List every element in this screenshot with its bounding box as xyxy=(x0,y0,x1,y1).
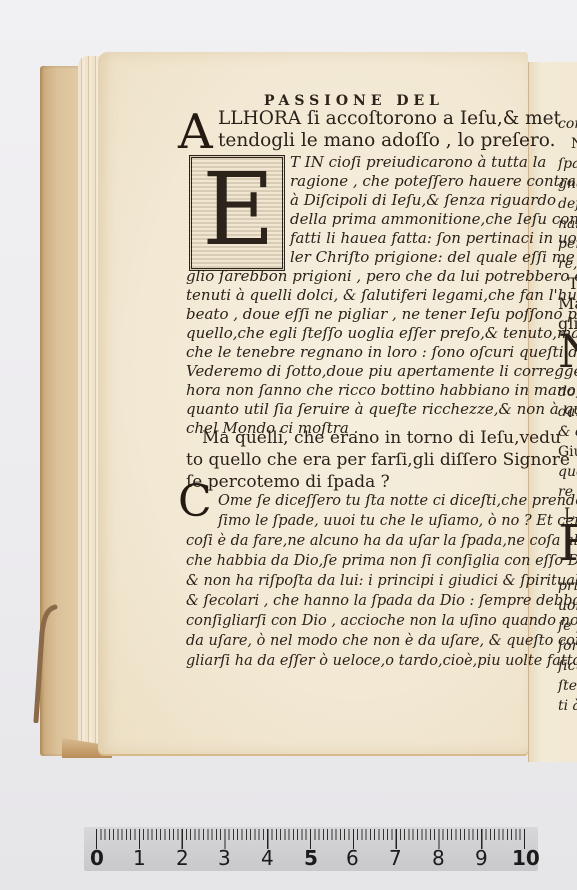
text-line: T IN cioſi preiudicarono à tutta la xyxy=(290,153,546,171)
fragment: T xyxy=(568,274,577,293)
fragment: percl xyxy=(558,236,577,252)
text-line: Vederemo di ſotto,doue piu apertamente l… xyxy=(186,362,577,380)
ruler-label: 2 xyxy=(176,846,189,870)
running-head: PASSIONE DEL xyxy=(264,93,444,109)
fragment: N xyxy=(571,136,577,152)
text-line: coſi è da fare,ne alcuno ha da uſar la ſ… xyxy=(186,533,577,549)
ruler-label: 6 xyxy=(346,846,359,870)
fragment: N xyxy=(558,324,577,378)
ruler-label: 4 xyxy=(261,846,274,870)
fragment: do, xyxy=(558,384,577,400)
fragment: ſte p xyxy=(558,678,577,694)
ruler-label: 7 xyxy=(389,846,402,870)
text-line: ſe percotemo di ſpada ? xyxy=(186,472,390,492)
text-line: & ſecolari , che hanno la ſpada da Dio :… xyxy=(186,593,577,609)
text-line: ſimo le ſpade, uuoi tu che le uſiamo, ò … xyxy=(218,513,577,529)
leather-tie xyxy=(28,603,58,723)
text-line: à Diſcipoli di Ieſu,& ſenza riguardo xyxy=(290,191,556,209)
fragment: & c xyxy=(558,424,577,440)
fragment: deſſe xyxy=(558,196,577,212)
main-page: PASSIONE DEL A LLHORA ſi accoſtorono a I… xyxy=(98,52,528,754)
text-line: & non ha riſpoſta da lui: i principi i g… xyxy=(186,573,577,589)
facing-page-text: cond N ſpada gnor deſſe nale: percl re,ò… xyxy=(528,62,577,762)
measurement-ruler: 0 1 2 3 4 5 6 7 8 9 10 xyxy=(84,827,538,871)
fragment: prin xyxy=(558,578,577,594)
text-line: conſigliarſi con Dio , accioche non la u… xyxy=(186,613,577,629)
fragment: uoi, xyxy=(558,598,577,614)
text-line: beato , doue eſſi ne pigliar , ne tener … xyxy=(186,305,577,323)
fragment: Mal xyxy=(558,294,577,313)
fragment: ſe po xyxy=(558,618,577,634)
ruler-label: 9 xyxy=(475,846,488,870)
text-line: Ome ſe diceſſero tu ſta notte ci diceſti… xyxy=(218,493,577,509)
text-line: quello,che egli ſteſſo uoglia eſſer preſ… xyxy=(186,324,577,342)
ruler-label: 8 xyxy=(432,846,445,870)
ruler-label: 1 xyxy=(133,846,146,870)
fragment: ſonc xyxy=(558,638,577,654)
text-line: gliarſi ha da eſſer ò ueloce,o tardo,cio… xyxy=(186,653,577,669)
text-line: che habbia da Dio,ſe prima non ſi conſig… xyxy=(186,553,577,569)
ruler-label: 5 xyxy=(304,846,318,870)
text-line: che le tenebre regnano in loro : ſono oſ… xyxy=(186,343,577,361)
fragment: dar xyxy=(558,404,577,420)
ruler-label: 3 xyxy=(218,846,231,870)
text-line: Ma quelli, che erano in torno di Ieſu,ve… xyxy=(202,428,561,448)
fragment: que xyxy=(558,464,577,480)
fragment: gnor xyxy=(558,176,577,192)
fragment: ti à xyxy=(558,698,577,714)
fragment: nale: xyxy=(558,216,577,232)
text-line: to quello che era per farſi,gli diſſero … xyxy=(186,450,570,470)
fragment: ſicu xyxy=(558,658,577,674)
fragment: ſpada xyxy=(558,156,577,172)
woodcut-initial-e: E xyxy=(189,155,285,271)
fragment: re à xyxy=(558,484,577,500)
text-line: quanto util ſia ſeruire à queſte ricchez… xyxy=(186,400,577,418)
text-line: glio ſarebbon prigioni , pero che da lui… xyxy=(186,267,577,285)
fragment: cond xyxy=(558,116,577,132)
fragment: F xyxy=(558,514,577,572)
text-line: tenuti à quelli dolci, & ſalutiferi lega… xyxy=(186,286,577,304)
text-line: tendogli le mano adoſſo , lo preſero. xyxy=(218,130,555,151)
text-line: LLHORA ſi accoſtorono a Ieſu,& met xyxy=(218,108,561,129)
initial-c: C xyxy=(178,480,212,524)
ruler-label: 10 xyxy=(512,846,540,870)
text-line: da uſare, ò nel modo che non è da uſare,… xyxy=(186,633,577,649)
text-line: hora non ſanno che ricco bottino habbian… xyxy=(186,381,577,399)
ruler-label: 0 xyxy=(90,846,104,870)
initial-a: A xyxy=(178,108,213,156)
fragment: Giu xyxy=(558,444,577,460)
fragment: re,ò xyxy=(558,256,577,272)
